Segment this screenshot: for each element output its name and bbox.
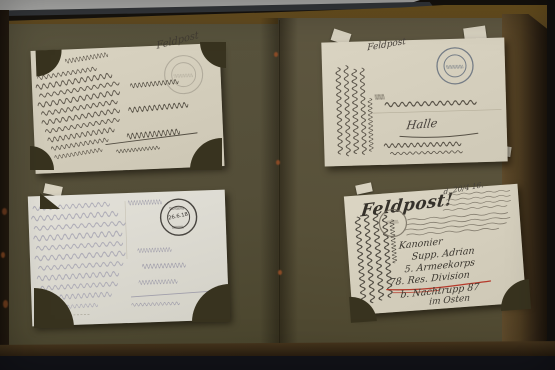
gutter-crease <box>279 20 280 348</box>
album-bottom-cover <box>0 356 555 370</box>
postcard-bottom-right: d. 20/4 16. Feldpost! Kanonier Supp. Adr… <box>344 184 526 315</box>
binding-stitch <box>276 160 280 165</box>
address-handwriting <box>100 78 198 154</box>
album-photo: Feldpost <box>0 0 555 370</box>
page-edge-wear <box>3 300 8 308</box>
photo-left-edge <box>0 10 9 370</box>
address-handwriting <box>373 91 503 155</box>
postmark-date: 26.6.18 <box>168 212 189 222</box>
photo-right-edge <box>547 0 555 370</box>
machine-cancel <box>344 184 526 315</box>
postmark-stamp <box>164 55 204 95</box>
page-edge-wear <box>2 208 7 215</box>
postmark-stamp <box>437 47 474 84</box>
handwriting-strokes <box>321 37 507 166</box>
page-edge-wear <box>1 252 5 258</box>
card-divider-line <box>125 201 127 259</box>
sender-handwriting-vertical <box>336 65 373 156</box>
address-city: Halle <box>406 116 439 133</box>
binding-stitch <box>274 52 278 57</box>
binding-stitch <box>278 270 282 275</box>
postcard-top-right: Feldpost Halle <box>321 37 507 166</box>
